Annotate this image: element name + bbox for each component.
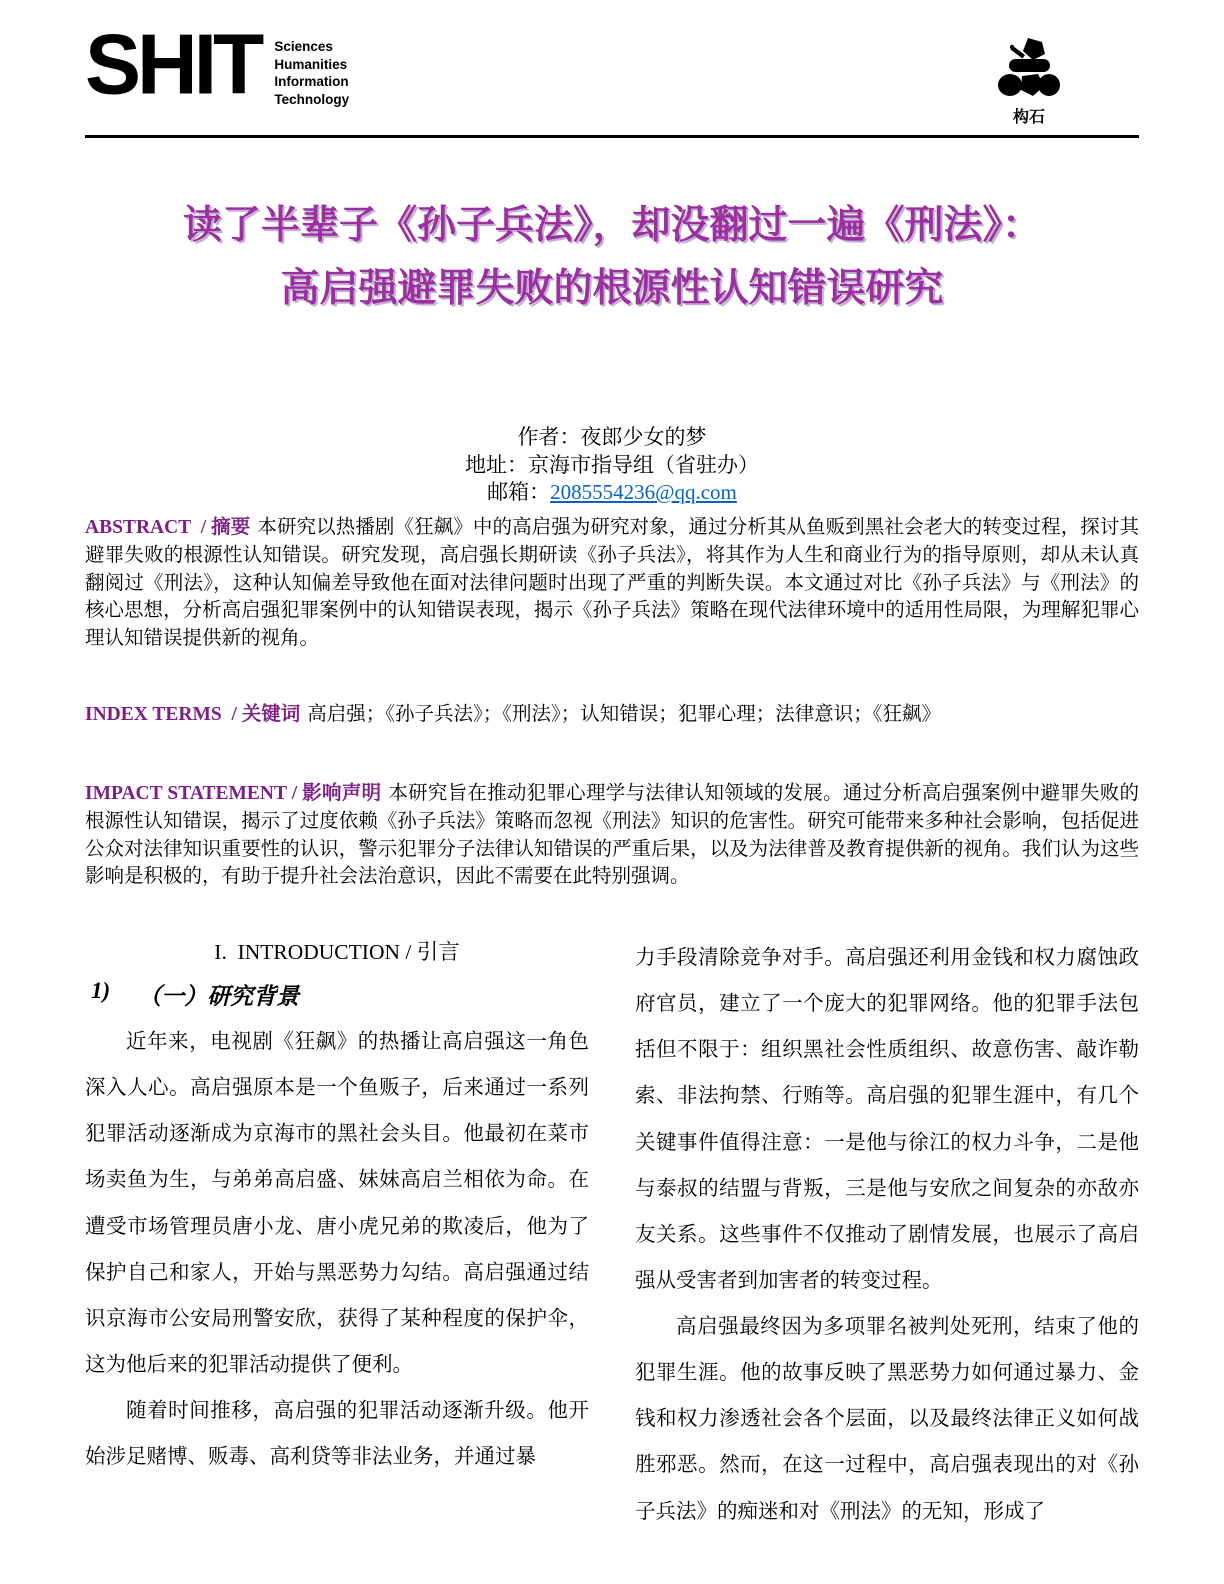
intro-paragraph-2: 随着时间推移，高启强的犯罪活动逐渐升级。他开始涉足赌博、贩毒、高利贷等非法业务，… xyxy=(85,1388,589,1480)
index-terms-section: INDEX TERMS / 关键词高启强；《孙子兵法》；《刑法》；认知错误；犯罪… xyxy=(85,701,1139,729)
subheading-number: 1) xyxy=(91,978,110,1011)
impact-statement-section: IMPACT STATEMENT / 影响声明本研究旨在推动犯罪心理学与法律认知… xyxy=(85,780,1139,891)
header-divider xyxy=(85,135,1139,138)
abstract-section: ABSTRACT / 摘要本研究以热播剧《狂飙》中的高启强为研究对象，通过分析其… xyxy=(85,514,1139,652)
journal-logo: SHIT Sciences Humanities Information Tec… xyxy=(85,26,349,108)
intro-paragraph-1: 近年来，电视剧《狂飙》的热播让高启强这一角色深入人心。高启强原本是一个鱼贩子，后… xyxy=(85,1019,589,1388)
subheading-text: （一）研究背景 xyxy=(138,978,299,1011)
email-link[interactable]: 2085554236@qq.com xyxy=(550,480,737,504)
intro-paragraph-2-continued: 力手段清除竞争对手。高启强还利用金钱和权力腐蚀政府官员，建立了一个庞大的犯罪网络… xyxy=(635,935,1139,1304)
logo-subtitle-line: Humanities xyxy=(274,56,349,74)
paper-title-line1: 读了半辈子《孙子兵法》，却没翻过一遍《刑法》： xyxy=(183,204,1041,247)
intro-paragraph-3: 高启强最终因为多项罪名被判处死刑，结束了他的犯罪生涯。他的故事反映了黑恶势力如何… xyxy=(635,1304,1139,1535)
impact-statement-label: IMPACT STATEMENT / 影响声明 xyxy=(85,783,381,804)
rock-pile-icon xyxy=(997,36,1061,103)
journal-logo-text: SHIT xyxy=(85,25,260,104)
research-background-subheading: 1) （一）研究背景 xyxy=(91,978,589,1011)
logo-subtitle-line: Technology xyxy=(274,91,349,109)
logo-subtitle-line: Information xyxy=(274,73,349,91)
left-column: I. INTRODUCTION / 引言 1) （一）研究背景 近年来，电视剧《… xyxy=(85,935,589,1535)
logo-subtitle-line: Sciences xyxy=(274,38,349,56)
index-terms-label: INDEX TERMS / 关键词 xyxy=(85,704,300,725)
paper-title: 读了半辈子《孙子兵法》，却没翻过一遍《刑法》： 高启强避罪失败的根源性认知错误研… xyxy=(50,194,1174,320)
abstract-label: ABSTRACT / 摘要 xyxy=(85,517,250,538)
introduction-heading: I. INTRODUCTION / 引言 xyxy=(85,935,589,966)
publisher-logo: 构石 xyxy=(997,26,1061,127)
author-line: 作者：夜郎少女的梦 xyxy=(0,424,1224,451)
paper-page: SHIT Sciences Humanities Information Tec… xyxy=(0,0,1224,1584)
journal-masthead: SHIT Sciences Humanities Information Tec… xyxy=(0,0,1224,127)
journal-logo-subtitle: Sciences Humanities Information Technolo… xyxy=(274,26,349,108)
author-block: 作者：夜郎少女的梦 地址：京海市指导组（省驻办） 邮箱：2085554236@q… xyxy=(0,424,1224,506)
email-label: 邮箱： xyxy=(487,480,550,504)
introduction-section: I. INTRODUCTION / 引言 1) （一）研究背景 近年来，电视剧《… xyxy=(85,935,1139,1535)
publisher-name: 构石 xyxy=(1013,104,1045,127)
email-line: 邮箱：2085554236@qq.com xyxy=(0,479,1224,506)
address-line: 地址：京海市指导组（省驻办） xyxy=(0,452,1224,479)
right-column: 力手段清除竞争对手。高启强还利用金钱和权力腐蚀政府官员，建立了一个庞大的犯罪网络… xyxy=(635,935,1139,1535)
index-terms-text: 高启强；《孙子兵法》；《刑法》；认知错误；犯罪心理；法律意识；《狂飙》 xyxy=(307,704,941,725)
paper-title-line2: 高启强避罪失败的根源性认知错误研究 xyxy=(280,267,943,310)
